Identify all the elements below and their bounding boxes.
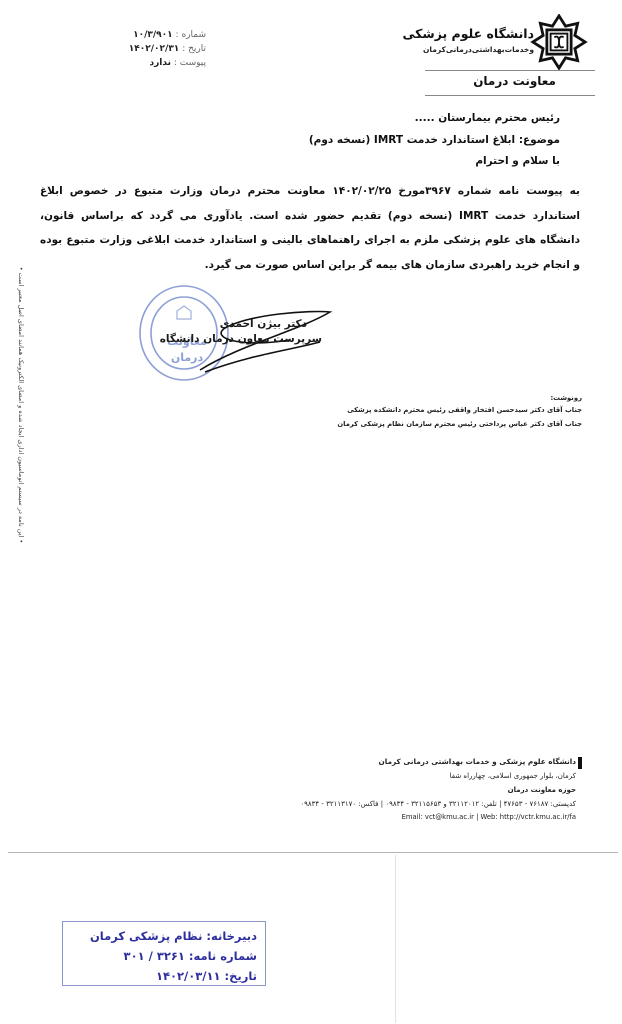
addressee: رئیس محترم بیمارستان ..... (415, 112, 560, 124)
letter-body: به پیوست نامه شماره ۳۹۶۷مورخ ۱۴۰۲/۰۲/۲۵ … (40, 179, 580, 277)
footer-address: کرمان، بلوار جمهوری اسلامی، چهارراه شفا (450, 772, 576, 780)
greeting: با سلام و احترام (475, 155, 560, 167)
letter-attachment-label: پیوست : (174, 58, 206, 68)
footer-web: Email: vct@kmu.ac.ir | Web: http://vctr.… (402, 813, 576, 821)
letter-date-value: ۱۴۰۲/۰۲/۳۱ (129, 44, 180, 54)
letter-number-label: شماره : (176, 30, 206, 40)
cc-label: رونوشت: (550, 394, 582, 402)
registry-date: تاریخ: ۱۴۰۲/۰۳/۱۱ (63, 966, 257, 986)
electronic-signature-note-text: • این نامه در سیستم اتوماسیون اداری ایجا… (17, 267, 25, 543)
letter-attachment: پیوست : ندارد (150, 58, 207, 68)
letter-date: تاریخ : ۱۴۰۲/۰۲/۳۱ (129, 44, 206, 54)
electronic-signature-note: • این نامه در سیستم اتوماسیون اداری ایجا… (12, 245, 30, 565)
letter-date-label: تاریخ : (182, 44, 206, 54)
page-divider (8, 852, 618, 853)
department-rule-top (425, 70, 595, 71)
signatory-title: سرپرست معاون درمان دانشگاه (160, 333, 322, 345)
cc-recipient: جناب آقای دکتر عباس پرداختی رئیس محترم س… (337, 420, 582, 428)
registry-number: شماره نامه: ۳۲۶۱ / ۳۰۱ (63, 946, 257, 966)
cc-recipient: جناب آقای دکتر سیدحسن افتخار واقفی رئیس … (347, 406, 582, 414)
fold-line (395, 855, 396, 1023)
university-emblem-icon (530, 14, 588, 70)
department-name: معاونت درمان (473, 74, 556, 88)
registry-office: دبیرخانه: نظام پزشکی کرمان (63, 926, 257, 946)
department-rule-bottom (425, 95, 595, 96)
footer-contact: کدپستی: ۷۶۱۸۷ - ۴۷۶۵۳ | تلفن: ۳۲۱۱۲۰۱۲ و… (300, 800, 576, 808)
university-subtitle: وخدمات‌بهداشتی‌درمانی‌کرمان (423, 45, 534, 54)
university-name: دانشگاه علوم پزشکی (403, 26, 534, 41)
registry-stamp-box: دبیرخانه: نظام پزشکی کرمان شماره نامه: ۳… (62, 921, 266, 986)
letter-attachment-value: ندارد (150, 58, 171, 68)
footer-marker (578, 757, 582, 769)
signatory-name: دکتر بیژن احمدی (220, 318, 307, 330)
footer-university: دانشگاه علوم پزشکی و خدمات بهداشتی درمان… (379, 757, 576, 766)
letter-number-value: ۱۰/۳/۹۰۱ (133, 30, 173, 40)
letter-number: شماره : ۱۰/۳/۹۰۱ (133, 30, 206, 40)
footer-department: حوزه معاونت درمان (508, 786, 576, 794)
subject: موضوع: ابلاغ استاندارد خدمت IMRT (نسخه د… (309, 134, 560, 146)
